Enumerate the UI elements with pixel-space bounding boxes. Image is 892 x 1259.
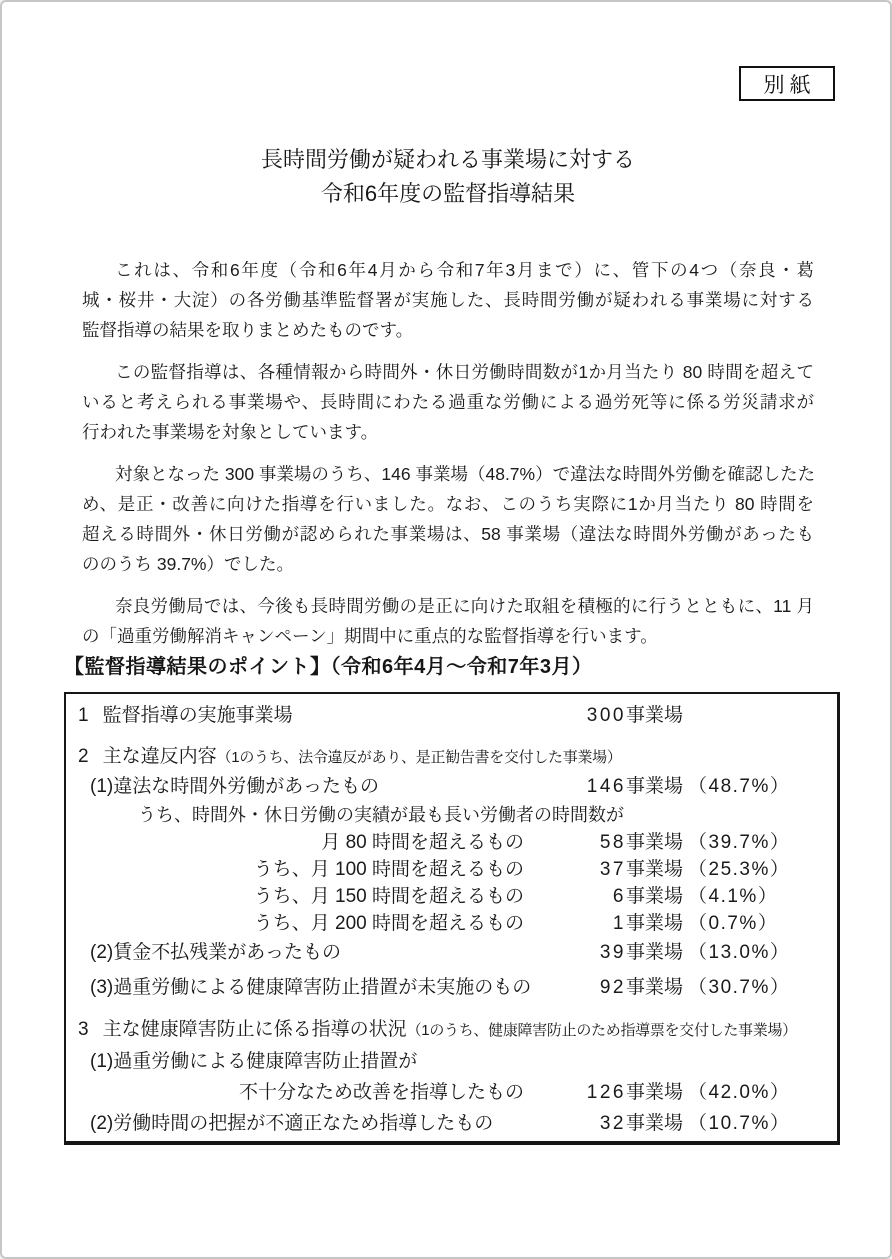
row-unit: 事業場 (626, 1109, 683, 1139)
row-percent: （0.7%） (688, 910, 778, 937)
row-value: 58事業場（39.7%） (506, 829, 790, 856)
paragraph-line: いると考えられる事業場や、長時間にわたる過重な労働による過労死等に係る労災請求が (82, 387, 814, 417)
row-value: 92事業場（30.7%） (506, 973, 790, 1003)
row-count: 37 (506, 856, 626, 883)
row-count: 92 (506, 973, 626, 1003)
points-row-longest-worker-note: うち、時間外・休日労働の実績が最も長い労働者の時間数が (66, 802, 837, 829)
paragraph-line: この監督指導は、各種情報から時間外・休日労働時間数が1か月当たり 80 時間を超… (82, 357, 814, 387)
row-value: 39事業場（13.0%） (506, 938, 790, 968)
document-title-line1: 長時間労働が疑われる事業場に対する (2, 143, 892, 177)
row-unit: 事業場 (626, 772, 683, 802)
row-number: 3 (78, 1015, 89, 1045)
row-label: (2)賃金不払残業があったもの (66, 942, 341, 963)
points-row-over-150h: うち、月 150 時間を超えるもの 6事業場（4.1%） (66, 883, 837, 910)
paragraph-line: これは、令和6年度（令和6年4月から令和7年3月まで）に、管下の4つ（奈良・葛 (82, 255, 814, 285)
points-row-health-measures-insufficient-1: (1)過重労働による健康障害防止措置が (66, 1047, 837, 1077)
row-value: 126事業場（42.0%） (506, 1078, 790, 1108)
body-text: これは、令和6年度（令和6年4月から令和7年3月まで）に、管下の4つ（奈良・葛 … (82, 255, 814, 663)
row-percent: （42.0%） (688, 1078, 790, 1108)
row-label: (1)過重労働による健康障害防止措置が (66, 1051, 417, 1072)
row-unit: 事業場 (626, 938, 683, 968)
row-unit: 事業場 (626, 973, 683, 1003)
points-row-over-100h: うち、月 100 時間を超えるもの 37事業場（25.3%） (66, 856, 837, 883)
document-page: 別紙 長時間労働が疑われる事業場に対する 令和6年度の監督指導結果 これは、令和… (0, 0, 892, 1259)
row-percent: （10.7%） (688, 1109, 790, 1139)
points-row-improper-time-tracking: (2)労働時間の把握が不適正なため指導したもの 32事業場（10.7%） (66, 1109, 837, 1139)
row-count: 6 (506, 883, 626, 910)
row-count: 1 (506, 910, 626, 937)
row-value: 32事業場（10.7%） (506, 1109, 790, 1139)
row-percent: （48.7%） (688, 772, 790, 802)
row-count: 32 (506, 1109, 626, 1139)
row-percent: （25.3%） (688, 856, 790, 883)
row-label: うち、月 100 時間を超えるもの (66, 856, 524, 883)
paragraph-4: 奈良労働局では、今後も長時間労働の是正に向けた取組を積極的に行うとともに、11 … (82, 591, 814, 651)
paragraph-line: 監督指導の結果を取りまとめたものです。 (82, 315, 814, 345)
row-label: うち、月 150 時間を超えるもの (66, 883, 524, 910)
attachment-tag-label: 別紙 (759, 69, 816, 99)
row-count: 300 (506, 701, 626, 731)
paragraph-2: この監督指導は、各種情報から時間外・休日労働時間数が1か月当たり 80 時間を超… (82, 357, 814, 447)
row-note: （1のうち、法令違反があり、是正勧告書を交付した事業場） (217, 749, 622, 766)
paragraph-3: 対象となった 300 事業場のうち、146 事業場（48.7%）で違法な時間外労… (82, 459, 814, 579)
points-row-over-200h: うち、月 200 時間を超えるもの 1事業場（0.7%） (66, 910, 837, 937)
row-count: 126 (506, 1078, 626, 1108)
document-title: 長時間労働が疑われる事業場に対する 令和6年度の監督指導結果 (2, 143, 892, 211)
row-percent: （4.1%） (688, 883, 778, 910)
row-count: 39 (506, 938, 626, 968)
paragraph-line: 城・桜井・大淀）の各労働基準監督署が実施した、長時間労働が疑われる事業場に対する (82, 285, 814, 315)
points-row-health-guidance-status: 3主な健康障害防止に係る指導の状況（1のうち、健康障害防止のため指導票を交付した… (66, 1015, 837, 1045)
paragraph-line: 超える時間外・休日労働が認められた事業場は、58 事業場（違法な時間外労働があっ… (82, 519, 814, 549)
row-label: (1)違法な時間外労働があったもの (66, 776, 379, 797)
points-row-illegal-overtime: (1)違法な時間外労働があったもの 146事業場（48.7%） (66, 772, 837, 802)
row-value: 37事業場（25.3%） (506, 856, 790, 883)
row-unit: 事業場 (626, 910, 683, 937)
row-percent: （30.7%） (688, 973, 790, 1003)
paragraph-line: の「過重労働解消キャンペーン」期間中に重点的な監督指導を行います。 (82, 621, 814, 651)
row-unit: 事業場 (626, 701, 683, 731)
attachment-tag-box: 別紙 (739, 66, 835, 101)
points-box: 1監督指導の実施事業場 300事業場 2主な違反内容（1のうち、法令違反があり、… (64, 692, 840, 1145)
document-title-line2: 令和6年度の監督指導結果 (2, 177, 892, 211)
row-label: 監督指導の実施事業場 (103, 705, 293, 726)
row-label: 主な健康障害防止に係る指導の状況 (103, 1019, 407, 1040)
row-unit: 事業場 (626, 1078, 683, 1108)
paragraph-line: 行われた事業場を対象としています。 (82, 417, 814, 447)
row-value: 1事業場（0.7%） (506, 910, 778, 937)
points-row-over-80h: 月 80 時間を超えるもの 58事業場（39.7%） (66, 829, 837, 856)
points-row-health-measures-not-implemented: (3)過重労働による健康障害防止措置が未実施のもの 92事業場（30.7%） (66, 973, 837, 1003)
row-percent: （39.7%） (688, 829, 790, 856)
row-label: (2)労働時間の把握が不適正なため指導したもの (66, 1113, 493, 1134)
points-row-main-violations: 2主な違反内容（1のうち、法令違反があり、是正勧告書を交付した事業場） (66, 742, 837, 772)
paragraph-line: ののうち 39.7%）でした。 (82, 549, 814, 579)
row-value: 300事業場 (506, 701, 688, 731)
row-label: 主な違反内容 (103, 746, 217, 767)
paragraph-line: 対象となった 300 事業場のうち、146 事業場（48.7%）で違法な時間外労… (82, 459, 814, 489)
row-value: 146事業場（48.7%） (506, 772, 790, 802)
row-number: 1 (78, 701, 89, 731)
row-label: うち、時間外・休日労働の実績が最も長い労働者の時間数が (66, 805, 624, 825)
row-unit: 事業場 (626, 883, 683, 910)
row-percent: （13.0%） (688, 938, 790, 968)
row-number: 2 (78, 742, 89, 772)
row-value: 6事業場（4.1%） (506, 883, 778, 910)
row-label: 月 80 時間を超えるもの (66, 829, 524, 856)
paragraph-line: 奈良労働局では、今後も長時間労働の是正に向けた取組を積極的に行うとともに、11 … (82, 591, 814, 621)
row-count: 58 (506, 829, 626, 856)
points-heading: 【監督指導結果のポイント】（令和6年4月～令和7年3月） (64, 650, 844, 684)
points-row-unpaid-overtime: (2)賃金不払残業があったもの 39事業場（13.0%） (66, 938, 837, 968)
row-count: 146 (506, 772, 626, 802)
row-unit: 事業場 (626, 829, 683, 856)
paragraph-1: これは、令和6年度（令和6年4月から令和7年3月まで）に、管下の4つ（奈良・葛 … (82, 255, 814, 345)
points-row-health-measures-insufficient-2: 不十分なため改善を指導したもの 126事業場（42.0%） (66, 1078, 837, 1108)
row-label: 不十分なため改善を指導したもの (66, 1078, 524, 1108)
row-note: （1のうち、健康障害防止のため指導票を交付した事業場） (407, 1022, 797, 1039)
paragraph-line: め、是正・改善に向けた指導を行いました。なお、このうち実際に1か月当たり 80 … (82, 489, 814, 519)
row-label: うち、月 200 時間を超えるもの (66, 910, 524, 937)
row-unit: 事業場 (626, 856, 683, 883)
row-label: (3)過重労働による健康障害防止措置が未実施のもの (66, 977, 531, 998)
points-row-implemented-worksites: 1監督指導の実施事業場 300事業場 (66, 701, 837, 731)
